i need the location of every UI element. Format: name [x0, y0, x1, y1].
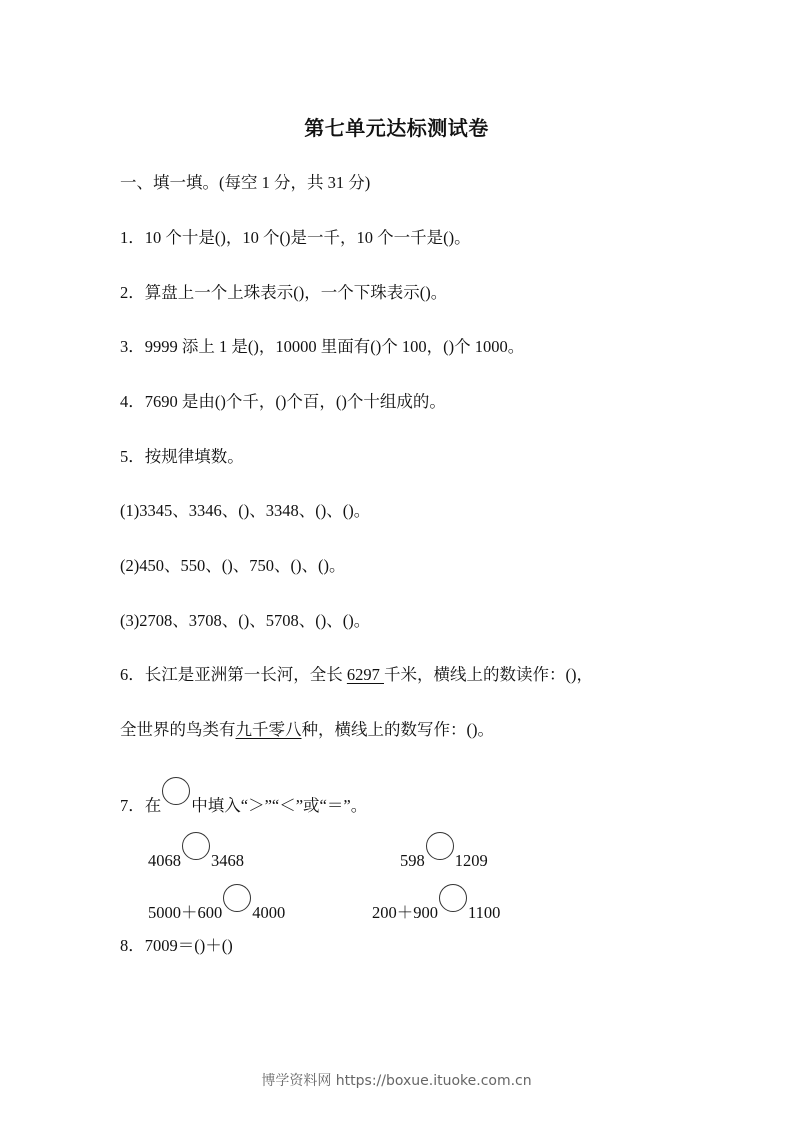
footer-watermark: 博学资料网 https://boxue.ituoke.com.cn — [0, 1070, 793, 1090]
q6-text2-post: 种，横线上的数写作：()。 — [302, 720, 495, 739]
comparison-left: 200＋900 — [372, 903, 438, 922]
q6-text-post: 千米，横线上的数读作：()， — [384, 665, 593, 684]
q7-stem-post: 中填入“＞”“＜”或“＝”。 — [191, 796, 367, 815]
circle-icon — [162, 777, 190, 805]
comparison-4: 200＋9001100 — [372, 884, 500, 924]
question-5-item-3: (3)2708、3708、()、5708、()、()。 — [120, 610, 370, 632]
q7-stem-pre: 7．在 — [120, 796, 161, 815]
question-6-line-2: 全世界的鸟类有九千零八种，横线上的数写作：()。 — [120, 719, 494, 741]
question-6-line-1: 6．长江是亚洲第一长河，全长 6297 千米，横线上的数读作：()， — [120, 664, 593, 686]
question-2: 2．算盘上一个上珠表示()，一个下珠表示()。 — [120, 282, 447, 304]
comparison-left: 5000＋600 — [148, 903, 222, 922]
page-title: 第七单元达标测试卷 — [0, 112, 793, 141]
comparison-3: 5000＋6004000 — [148, 884, 285, 924]
question-1: 1．10 个十是()，10 个()是一千，10 个一千是()。 — [120, 227, 471, 249]
comparison-right: 1100 — [468, 903, 500, 922]
comparison-right: 3468 — [211, 851, 244, 870]
q6-text-pre: 6．长江是亚洲第一长河，全长 — [120, 665, 347, 684]
section-heading: 一、填一填。(每空 1 分，共 31 分) — [120, 172, 370, 194]
answer-circle[interactable] — [182, 832, 210, 860]
answer-circle[interactable] — [426, 832, 454, 860]
answer-circle[interactable] — [439, 884, 467, 912]
comparison-left: 4068 — [148, 851, 181, 870]
question-5-item-2: (2)450、550、()、750、()、()。 — [120, 555, 345, 577]
comparison-2: 5981209 — [400, 832, 488, 872]
comparison-right: 1209 — [455, 851, 488, 870]
question-7-stem: 7．在中填入“＞”“＜”或“＝”。 — [120, 777, 367, 817]
question-4: 4．7690 是由()个千，()个百，()个十组成的。 — [120, 391, 446, 413]
comparison-left: 598 — [400, 851, 425, 870]
question-8: 8．7009＝()＋() — [120, 935, 233, 957]
question-5-stem: 5．按规律填数。 — [120, 446, 244, 468]
q6-underlined-number: 6297 — [347, 665, 384, 684]
q6-underlined-words: 九千零八 — [236, 720, 302, 739]
q6-text2-pre: 全世界的鸟类有 — [120, 720, 236, 739]
comparison-right: 4000 — [252, 903, 285, 922]
comparison-1: 40683468 — [148, 832, 244, 872]
question-3: 3．9999 添上 1 是()，10000 里面有()个 100，()个 100… — [120, 336, 524, 358]
answer-circle[interactable] — [223, 884, 251, 912]
question-5-item-1: (1)3345、3346、()、3348、()、()。 — [120, 500, 370, 522]
